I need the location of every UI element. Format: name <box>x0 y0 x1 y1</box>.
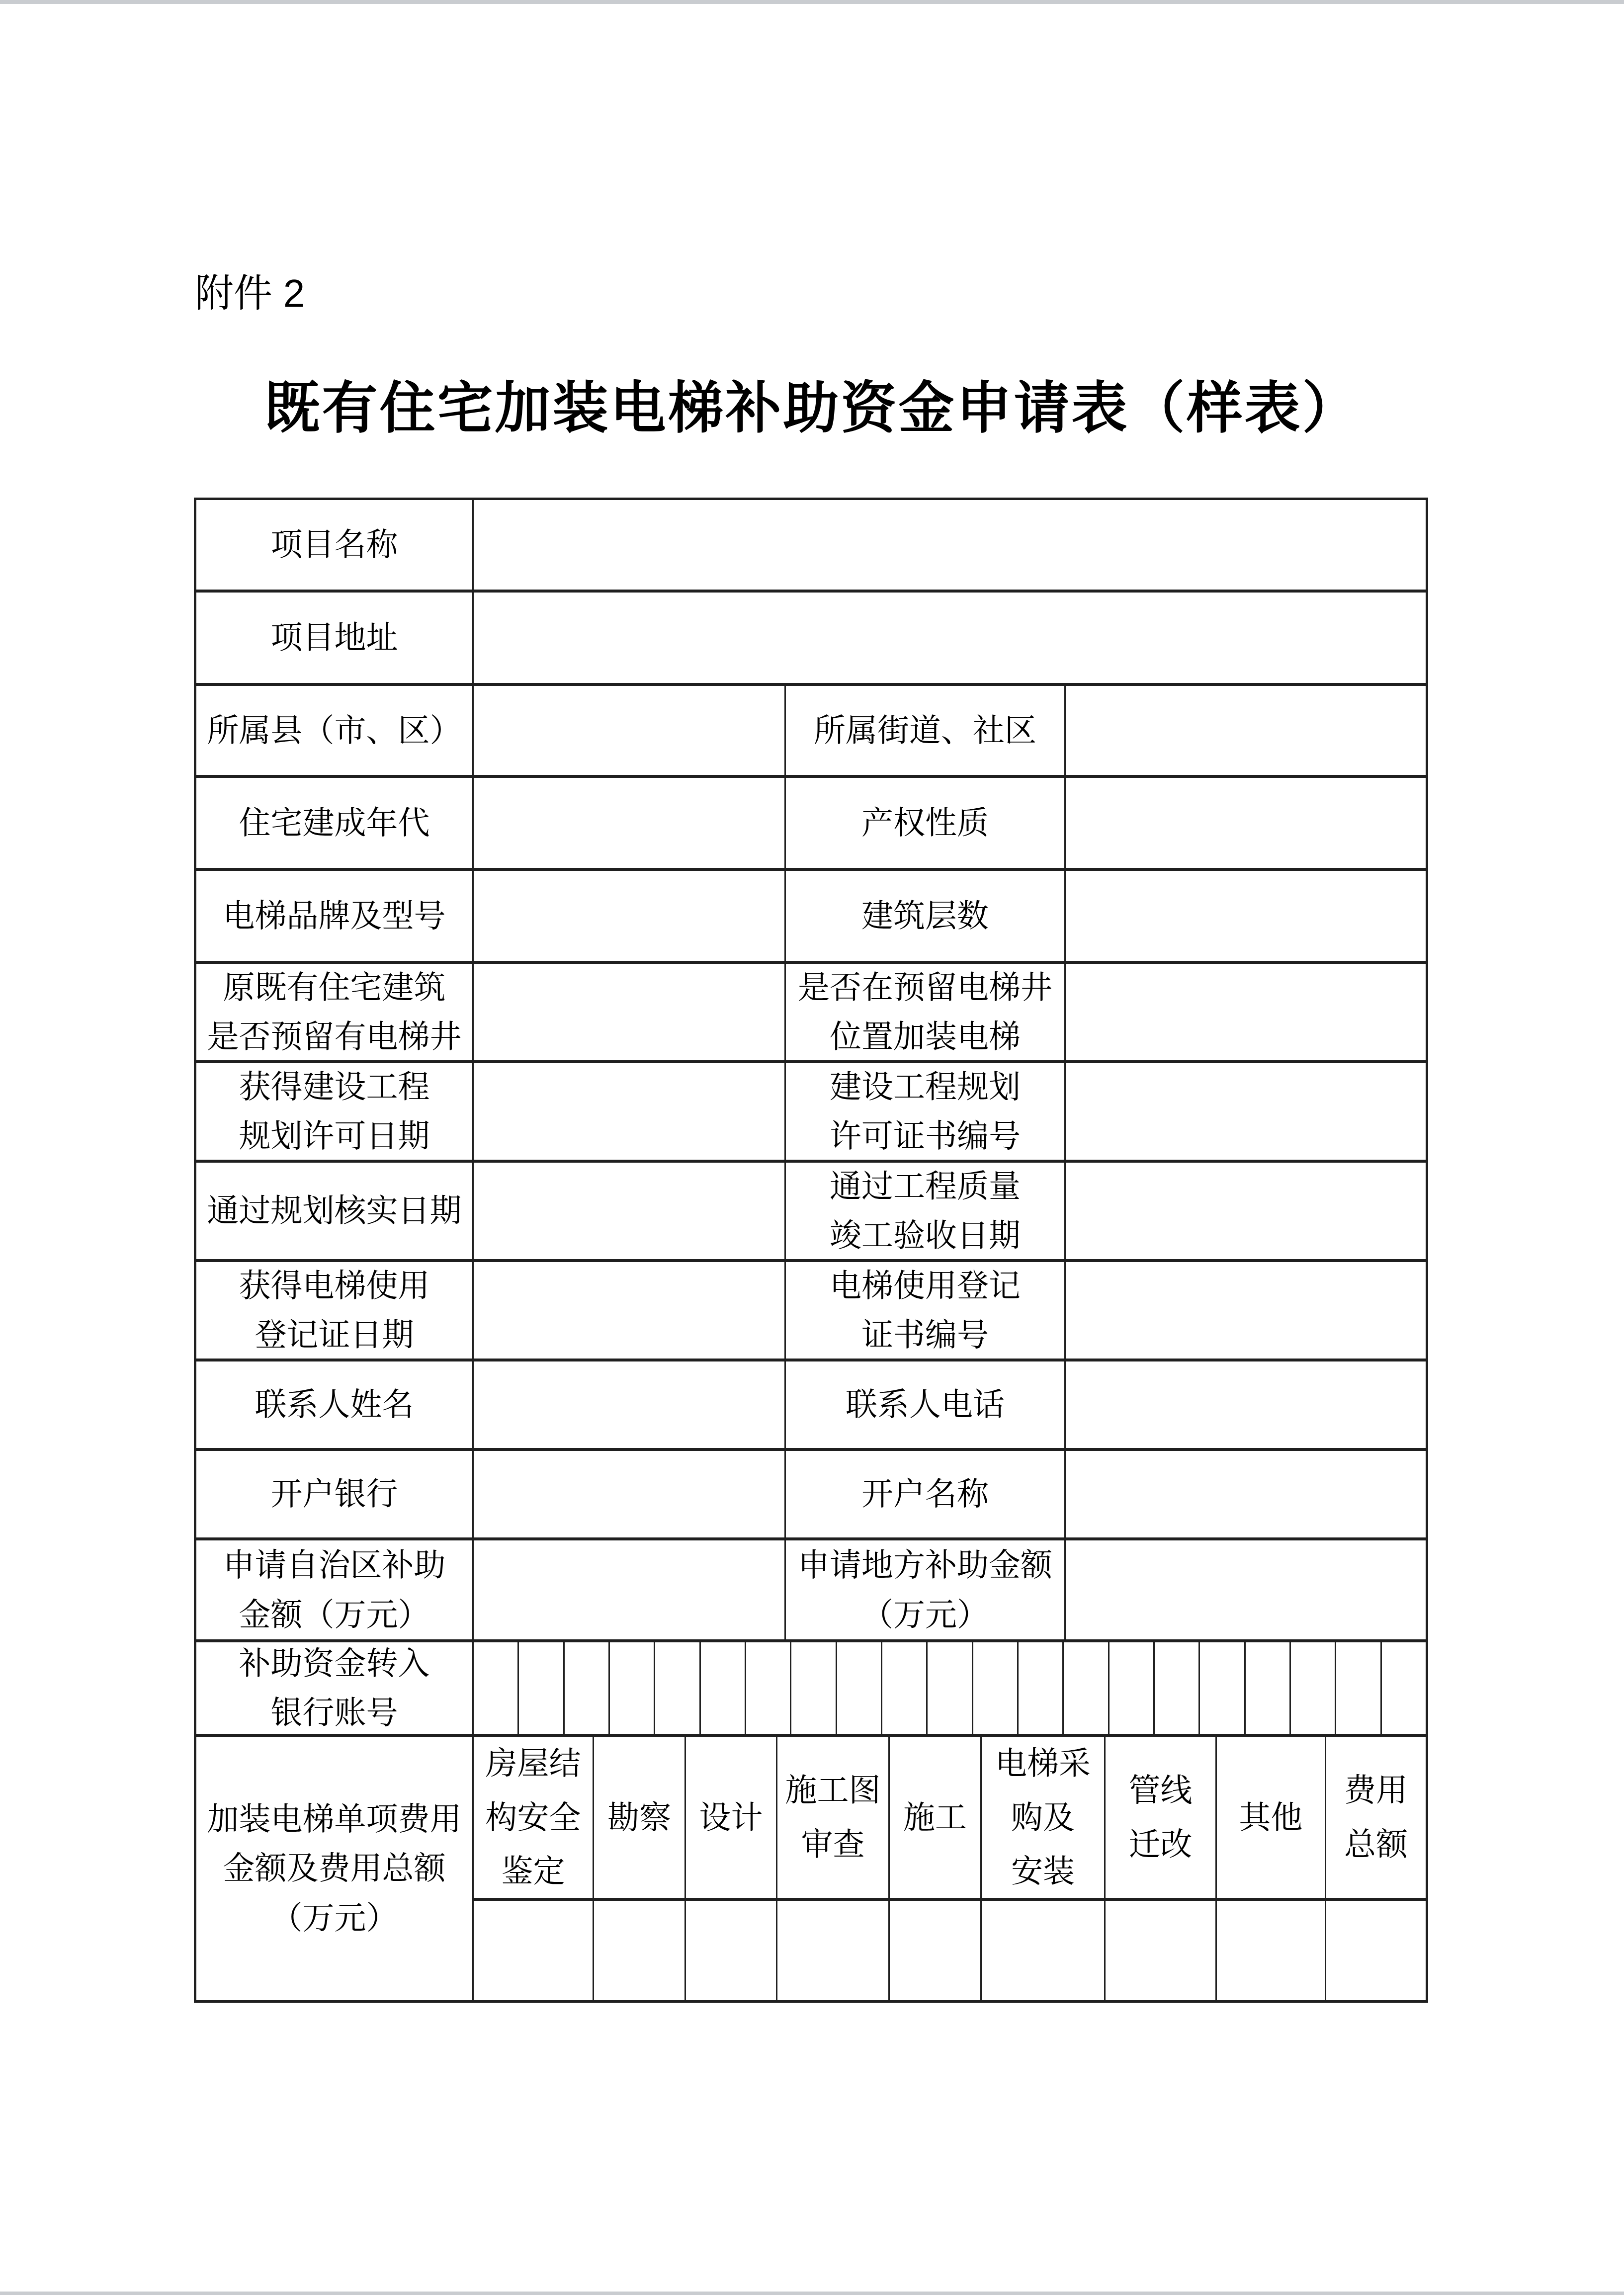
label-project-name: 项目名称 <box>196 500 474 590</box>
account-digit-box[interactable] <box>973 1642 1019 1734</box>
table-row-contact: 联系人姓名 联系人电话 <box>196 1361 1426 1451</box>
table-row-subsidy-account: 补助资金转入 银行账号 <box>196 1642 1426 1737</box>
value-elevator-registration-date[interactable] <box>474 1262 786 1359</box>
table-row-brand-floors: 电梯品牌及型号 建筑层数 <box>196 871 1426 964</box>
value-bank-name[interactable] <box>474 1451 786 1537</box>
value-planning-permit-number[interactable] <box>1066 1063 1426 1160</box>
value-planning-verification-date[interactable] <box>474 1163 786 1259</box>
label-county: 所属县（市、区） <box>196 686 474 775</box>
table-row-subsidy-amounts: 申请自治区补助 金额（万元） 申请地方补助金额 （万元） <box>196 1540 1426 1642</box>
value-project-name[interactable] <box>474 500 1426 590</box>
label-planning-permit-number: 建设工程规划 许可证书编号 <box>786 1063 1066 1160</box>
account-digit-box[interactable] <box>1110 1642 1155 1734</box>
table-row-project-name: 项目名称 <box>196 500 1426 593</box>
table-row-itemized-costs: 加装电梯单项费用 金额及费用总额 （万元） 房屋结 构安全 鉴定 勘察 设计 施… <box>196 1737 1426 2000</box>
table-row-county-street: 所属县（市、区） 所属街道、社区 <box>196 686 1426 778</box>
cost-value-design[interactable] <box>686 1901 777 2000</box>
cost-col-total: 费用 总额 <box>1326 1737 1426 1898</box>
account-digit-box[interactable] <box>1019 1642 1064 1734</box>
table-row-year-property: 住宅建成年代 产权性质 <box>196 778 1426 871</box>
cost-col-other: 其他 <box>1217 1737 1326 1898</box>
cost-value-other[interactable] <box>1217 1901 1326 2000</box>
page-title: 既有住宅加装电梯补助资金申请表（样表） <box>0 374 1624 443</box>
account-digit-box[interactable] <box>1246 1642 1291 1734</box>
account-digit-box[interactable] <box>655 1642 700 1734</box>
label-planning-verification-date: 通过规划核实日期 <box>196 1163 474 1259</box>
table-row-project-address: 项目地址 <box>196 593 1426 686</box>
value-property-rights[interactable] <box>1066 778 1426 868</box>
account-digit-box[interactable] <box>1200 1642 1245 1734</box>
cost-value-total[interactable] <box>1326 1901 1426 2000</box>
label-elevator-brand-model: 电梯品牌及型号 <box>196 871 474 961</box>
cost-col-house-structure-appraisal: 房屋结 构安全 鉴定 <box>474 1737 594 1898</box>
table-row-planning-permit: 获得建设工程 规划许可日期 建设工程规划 许可证书编号 <box>196 1063 1426 1163</box>
cost-col-pipeline-relocation: 管线 迁改 <box>1106 1737 1217 1898</box>
label-property-rights: 产权性质 <box>786 778 1066 868</box>
attachment-label: 附件 2 <box>195 272 305 315</box>
label-existing-shaft-reserved: 原既有住宅建筑 是否预留有电梯井 <box>196 964 474 1060</box>
account-digit-box[interactable] <box>474 1642 519 1734</box>
account-digit-box[interactable] <box>791 1642 837 1734</box>
cost-col-design: 设计 <box>686 1737 777 1898</box>
label-contact-name: 联系人姓名 <box>196 1361 474 1448</box>
application-form-table: 项目名称 项目地址 所属县（市、区） 所属街道、社区 住宅建成年代 产权性质 电… <box>194 498 1428 2003</box>
viewer-bottom-edge <box>0 2292 1624 2295</box>
value-contact-name[interactable] <box>474 1361 786 1448</box>
viewer-top-edge <box>0 0 1624 4</box>
account-digit-box[interactable] <box>610 1642 655 1734</box>
label-contact-phone: 联系人电话 <box>786 1361 1066 1448</box>
value-existing-shaft-reserved[interactable] <box>474 964 786 1060</box>
itemized-costs-value-row <box>474 1901 1426 2000</box>
value-project-address[interactable] <box>474 593 1426 683</box>
document-page: 附件 2 既有住宅加装电梯补助资金申请表（样表） 项目名称 项目地址 所属县（市… <box>0 0 1624 2295</box>
value-county[interactable] <box>474 686 786 775</box>
value-build-year[interactable] <box>474 778 786 868</box>
cost-value-survey[interactable] <box>594 1901 686 2000</box>
label-itemized-costs: 加装电梯单项费用 金额及费用总额 （万元） <box>196 1737 474 2000</box>
account-digit-box[interactable] <box>1336 1642 1381 1734</box>
value-building-floors[interactable] <box>1066 871 1426 961</box>
account-digit-box[interactable] <box>1064 1642 1109 1734</box>
label-elevator-registration-date: 获得电梯使用 登记证日期 <box>196 1262 474 1359</box>
value-account-name[interactable] <box>1066 1451 1426 1537</box>
cost-value-construction[interactable] <box>890 1901 982 2000</box>
label-completion-acceptance-date: 通过工程质量 竣工验收日期 <box>786 1163 1066 1259</box>
itemized-costs-grid: 房屋结 构安全 鉴定 勘察 设计 施工图 审查 施工 电梯采 购及 安装 管线 … <box>474 1737 1426 2000</box>
label-subsidy-account: 补助资金转入 银行账号 <box>196 1642 474 1734</box>
label-build-year: 住宅建成年代 <box>196 778 474 868</box>
value-elevator-brand-model[interactable] <box>474 871 786 961</box>
label-building-floors: 建筑层数 <box>786 871 1066 961</box>
label-account-name: 开户名称 <box>786 1451 1066 1537</box>
label-local-subsidy-amount: 申请地方补助金额 （万元） <box>786 1540 1066 1639</box>
label-elevator-registration-number: 电梯使用登记 证书编号 <box>786 1262 1066 1359</box>
label-project-address: 项目地址 <box>196 593 474 683</box>
account-digit-box[interactable] <box>1382 1642 1426 1734</box>
cost-value-elevator-purchase-install[interactable] <box>982 1901 1106 2000</box>
value-planning-permit-date[interactable] <box>474 1063 786 1160</box>
account-digit-box[interactable] <box>928 1642 973 1734</box>
value-local-subsidy-amount[interactable] <box>1066 1540 1426 1639</box>
cost-col-drawing-review: 施工图 审查 <box>777 1737 890 1898</box>
value-street-community[interactable] <box>1066 686 1426 775</box>
account-digit-box[interactable] <box>746 1642 791 1734</box>
cost-col-construction: 施工 <box>890 1737 982 1898</box>
label-region-subsidy-amount: 申请自治区补助 金额（万元） <box>196 1540 474 1639</box>
cost-value-house-structure-appraisal[interactable] <box>474 1901 594 2000</box>
table-row-bank: 开户银行 开户名称 <box>196 1451 1426 1540</box>
cost-col-survey: 勘察 <box>594 1737 686 1898</box>
account-digit-box[interactable] <box>837 1642 882 1734</box>
table-row-verification-acceptance: 通过规划核实日期 通过工程质量 竣工验收日期 <box>196 1163 1426 1262</box>
table-row-reserved-shaft: 原既有住宅建筑 是否预留有电梯井 是否在预留电梯井 位置加装电梯 <box>196 964 1426 1063</box>
cost-value-pipeline-relocation[interactable] <box>1106 1901 1217 2000</box>
value-install-in-reserved-shaft[interactable] <box>1066 964 1426 1060</box>
table-row-elevator-registration: 获得电梯使用 登记证日期 电梯使用登记 证书编号 <box>196 1262 1426 1361</box>
value-elevator-registration-number[interactable] <box>1066 1262 1426 1359</box>
account-digit-box[interactable] <box>519 1642 564 1734</box>
cost-col-elevator-purchase-install: 电梯采 购及 安装 <box>982 1737 1106 1898</box>
account-digit-box[interactable] <box>1291 1642 1336 1734</box>
label-street-community: 所属街道、社区 <box>786 686 1066 775</box>
value-contact-phone[interactable] <box>1066 1361 1426 1448</box>
account-digit-box[interactable] <box>882 1642 928 1734</box>
value-region-subsidy-amount[interactable] <box>474 1540 786 1639</box>
label-planning-permit-date: 获得建设工程 规划许可日期 <box>196 1063 474 1160</box>
account-digit-box[interactable] <box>701 1642 746 1734</box>
value-completion-acceptance-date[interactable] <box>1066 1163 1426 1259</box>
label-bank-name: 开户银行 <box>196 1451 474 1537</box>
itemized-costs-header-row: 房屋结 构安全 鉴定 勘察 设计 施工图 审查 施工 电梯采 购及 安装 管线 … <box>474 1737 1426 1901</box>
account-digit-box[interactable] <box>1155 1642 1200 1734</box>
label-install-in-reserved-shaft: 是否在预留电梯井 位置加装电梯 <box>786 964 1066 1060</box>
account-digit-box[interactable] <box>565 1642 610 1734</box>
cost-value-drawing-review[interactable] <box>777 1901 890 2000</box>
